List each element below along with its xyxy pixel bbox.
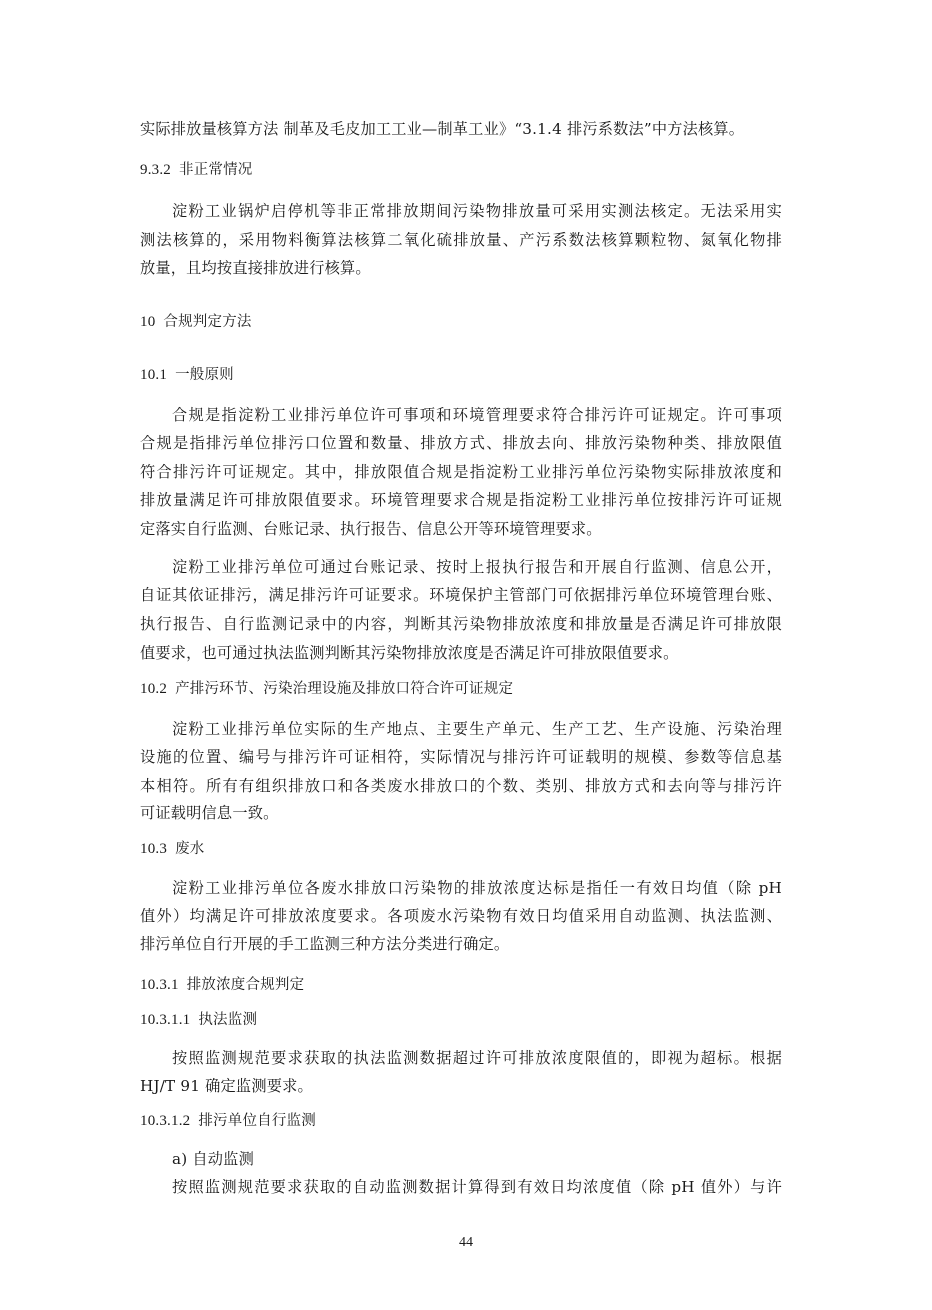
paragraph-line: 按照监测规范要求获取的自动监测数据计算得到有效日均浓度值（除 pH 值外）与许 — [172, 1177, 782, 1197]
paragraph-line: 执行报告、自行监测记录中的内容，判断其污染物排放浓度和排放量是否满足许可排放限 — [140, 614, 782, 634]
paragraph-line: 值要求，也可通过执法监测判断其污染物排放浓度是否满足许可排放限值要求。 — [140, 643, 782, 663]
section-heading-10-3-1: 10.3.1排放浓度合规判定 — [140, 975, 782, 995]
paragraph-line: 设施的位置、编号与排污许可证相符，实际情况与排污许可证载明的规模、参数等信息基 — [140, 747, 782, 767]
section-heading-10-3-1-1: 10.3.1.1执法监测 — [140, 1010, 782, 1030]
paragraph-line: 自证其依证排污，满足排污许可证要求。环境保护主管部门可依据排污单位环境管理台账、 — [140, 585, 782, 605]
heading-title: 排放浓度合规判定 — [187, 977, 305, 993]
paragraph-line: HJ/T 91 确定监测要求。 — [140, 1076, 782, 1096]
paragraph-line: 淀粉工业排污单位可通过台账记录、按时上报执行报告和开展自行监测、信息公开， — [172, 557, 782, 577]
paragraph-line: 淀粉工业排污单位实际的生产地点、主要生产单元、生产工艺、生产设施、污染治理 — [172, 719, 782, 739]
heading-title: 执法监测 — [198, 1012, 257, 1028]
paragraph-line: 放量，且均按直接排放进行核算。 — [140, 258, 782, 278]
heading-number: 10 — [140, 314, 155, 330]
heading-number: 10.1 — [140, 367, 167, 383]
heading-number: 9.3.2 — [140, 162, 171, 178]
paragraph-line: 符合排污许可证规定。其中，排放限值合规是指淀粉工业排污单位污染物实际排放浓度和 — [140, 462, 782, 482]
list-item-a: a) 自动监测 — [172, 1149, 782, 1169]
paragraph-line: 测法核算的，采用物料衡算法核算二氧化硫排放量、产污系数法核算颗粒物、氮氧化物排 — [140, 230, 782, 250]
paragraph-line: 值外）均满足许可排放浓度要求。各项废水污染物有效日均值采用自动监测、执法监测、 — [140, 906, 782, 926]
paragraph-line: 本相符。所有有组织排放口和各类废水排放口的个数、类别、排放方式和去向等与排污许 — [140, 776, 782, 796]
heading-title: 非正常情况 — [179, 162, 253, 178]
heading-title: 排污单位自行监测 — [198, 1113, 316, 1129]
heading-title: 产排污环节、污染治理设施及排放口符合许可证规定 — [175, 681, 513, 697]
paragraph-line: 按照监测规范要求获取的执法监测数据超过许可排放浓度限值的，即视为超标。根据 — [172, 1048, 782, 1068]
heading-number: 10.3 — [140, 841, 167, 857]
paragraph-line: 淀粉工业锅炉启停机等非正常排放期间污染物排放量可采用实测法核定。无法采用实 — [172, 201, 782, 221]
document-page: 实际排放量核算方法 制革及毛皮加工工业—制革工业》“3.1.4 排污系数法”中方… — [0, 0, 932, 1310]
section-heading-10-3: 10.3废水 — [140, 839, 782, 859]
paragraph-line: 淀粉工业排污单位各废水排放口污染物的排放浓度达标是指任一有效日均值（除 pH — [172, 878, 782, 898]
paragraph-line: 定落实自行监测、台账记录、执行报告、信息公开等环境管理要求。 — [140, 519, 782, 539]
section-heading-9-3-2: 9.3.2非正常情况 — [140, 160, 782, 180]
paragraph-line: 排污单位自行开展的手工监测三种方法分类进行确定。 — [140, 934, 782, 954]
paragraph-line: 排放量满足许可排放限值要求。环境管理要求合规是指淀粉工业排污单位按排污许可证规 — [140, 490, 782, 510]
paragraph-line: 实际排放量核算方法 制革及毛皮加工工业—制革工业》“3.1.4 排污系数法”中方… — [140, 119, 782, 139]
page-number: 44 — [0, 1235, 932, 1251]
heading-title: 废水 — [175, 841, 204, 857]
heading-title: 合规判定方法 — [163, 314, 251, 330]
heading-number: 10.2 — [140, 681, 167, 697]
section-heading-10: 10合规判定方法 — [140, 312, 782, 332]
heading-number: 10.3.1 — [140, 977, 179, 993]
paragraph-line: 合规是指排污单位排污口位置和数量、排放方式、排放去向、排放污染物种类、排放限值 — [140, 433, 782, 453]
paragraph-line: 可证载明信息一致。 — [140, 803, 782, 823]
paragraph-line: 合规是指淀粉工业排污单位许可事项和环境管理要求符合排污许可证规定。许可事项 — [172, 405, 782, 425]
section-heading-10-2: 10.2产排污环节、污染治理设施及排放口符合许可证规定 — [140, 679, 782, 699]
section-heading-10-3-1-2: 10.3.1.2排污单位自行监测 — [140, 1111, 782, 1131]
heading-number: 10.3.1.2 — [140, 1113, 190, 1129]
heading-title: 一般原则 — [175, 367, 234, 383]
heading-number: 10.3.1.1 — [140, 1012, 190, 1028]
section-heading-10-1: 10.1一般原则 — [140, 365, 782, 385]
